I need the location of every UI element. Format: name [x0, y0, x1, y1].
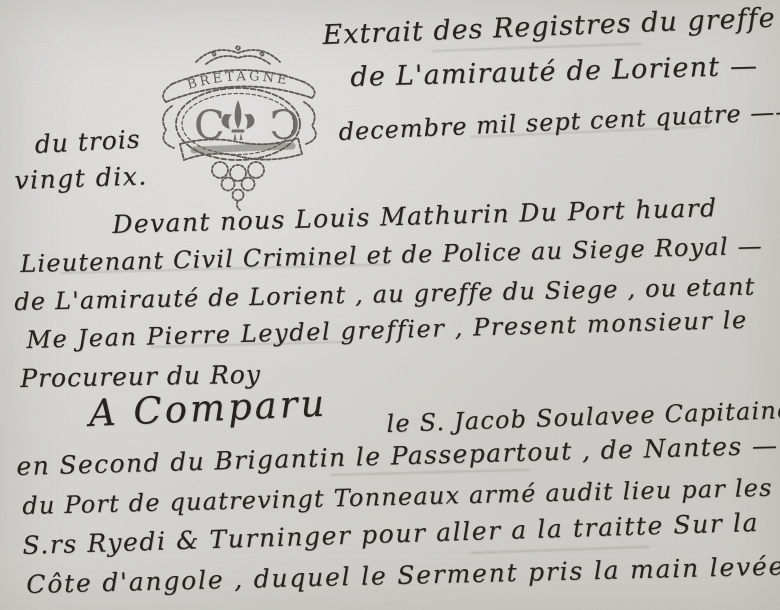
bretagne-tax-stamp: BRETAGNE C C [156, 44, 334, 216]
date-line-right: decembre mil sept cent quatre —— [338, 97, 780, 146]
paragraph2-opening: A Comparu [88, 382, 328, 435]
paragraph1-line-2: Lieutenant Civil Criminel et de Police a… [20, 232, 763, 278]
stamp-right-cipher: C [269, 103, 300, 149]
manuscript-scan-page: BRETAGNE C C Extrait des Registres du gr… [0, 0, 780, 610]
stamp-grape-ornament [212, 162, 264, 210]
stamp-crown-ornament [196, 46, 280, 64]
stamp-graphic: BRETAGNE C C [156, 44, 334, 216]
ink-showthrough [470, 546, 650, 554]
fleur-de-lis-icon [222, 100, 255, 140]
date-line-left: du trois [34, 124, 141, 159]
date-line-wrap: vingt dix. [14, 161, 148, 195]
stamp-left-cipher: C [194, 103, 225, 149]
paragraph2-line-5: Côte d'angole , duquel le Serment pris l… [26, 551, 780, 599]
header-line-2: de L'amirauté de Lorient — [350, 51, 759, 93]
header-line-1: Extrait des Registres du greffe — [322, 1, 780, 51]
